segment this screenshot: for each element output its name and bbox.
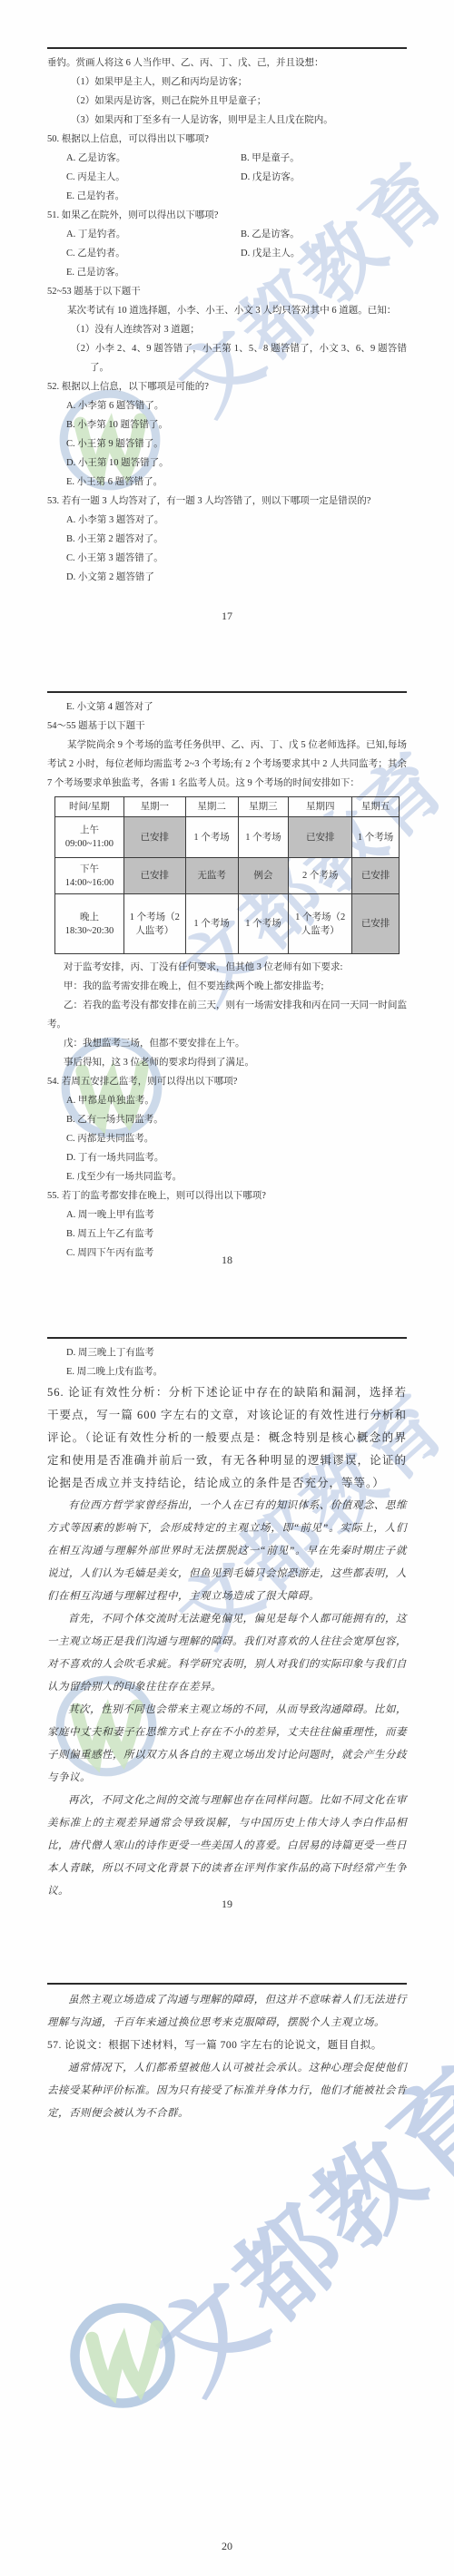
question-57-instructions: 57. 论说文：根据下述材料，写一篇 700 字左右的论说文，题目自拟。 [47,2034,407,2057]
option: E. 戊至少有一场共同监考。 [66,1167,407,1186]
stem-condition: （3）如果丙和丁至多有一人是访客，则甲是主人且戊在院内。 [47,111,407,130]
option: E. 小王第 6 题答错了。 [66,473,407,492]
option: B. 乙有一场共同监考。 [66,1110,407,1129]
table-header-cell: 星期五 [352,797,400,817]
argument-paragraph: 其次，性别不同也会带来主观立场的不同，从而导致沟通障碍。比如，家庭中丈夫和妻子在… [47,1699,407,1790]
question-50: 50. 根据以上信息，可以得出以下哪项? [47,130,407,149]
option: C. 小王第 3 题答错了。 [66,549,407,568]
essay-material: 通常情况下，人们都希望被他人认可被社会承认。这种心理会促使他们去接受某种评价标准… [47,2057,407,2125]
table-row: 上午 09:00~11:00 已安排 1 个考场 1 个考场 已安排 1 个考场 [55,817,400,858]
option: B. 小王第 2 题答对了。 [66,530,407,549]
option: B. 甲是童子。 [241,149,407,168]
question-51: 51. 如果乙在院外，则可以得出以下哪项? [47,206,407,225]
schedule-cell: 已安排 [352,894,400,954]
option: D. 周三晚上丁有监考 [66,1343,407,1362]
note-teacher-yi: 乙：若我的监考没有都安排在前三天，则有一场需安排我和丙在同一天同一时间监考。 [47,996,407,1034]
option: A. 乙是访客。 [66,149,241,168]
table-header-cell: 星期一 [123,797,185,817]
time-slot-cell: 上午 09:00~11:00 [55,817,124,858]
argument-paragraph: 有位西方哲学家曾经指出，一个人在已有的知识体系、价值观念、思维方式等因素的影响下… [47,1495,407,1608]
schedule-cell: 无监考 [185,858,238,894]
option: D. 丁有一场共同监考。 [66,1148,407,1167]
argument-paragraph: 再次，不同文化之间的交流与理解也存在同样问题。比如不同文化在审美标准上的主观差异… [47,1790,407,1903]
table-row: 晚上 18:30~20:30 1 个考场（2 人监考） 1 个考场 1 个考场 … [55,894,400,954]
stem-condition: （1）没有人连续答对 3 道题； [47,320,407,339]
schedule-cell: 1 个考场 [352,817,400,858]
schedule-cell: 1 个考场 [238,817,289,858]
schedule-cell: 已安排 [289,817,352,858]
option: E. 小文第 4 题答对了 [66,698,407,717]
option: E. 周二晚上戊有监考。 [66,1362,407,1381]
schedule-cell: 已安排 [123,817,185,858]
schedule-cell: 已安排 [123,858,185,894]
question-53-options: A. 小李第 3 题答对了。 B. 小王第 2 题答对了。 C. 小王第 3 题… [47,511,407,587]
schedule-cell: 例会 [238,858,289,894]
stem-condition: （2）小李 2、4、9 题答错了，小王第 1、5、8 题答错了，小文 3、6、9… [47,339,407,377]
schedule-cell: 1 个考场（2 人监考） [289,894,352,954]
table-header-cell: 时间/星期 [55,797,124,817]
argument-paragraph: 首先，不同个体交流时无法避免偏见，偏见是每个人都可能拥有的，这一主观立场正是我们… [47,1608,407,1699]
table-header-row: 时间/星期 星期一 星期二 星期三 星期四 星期五 [55,797,400,817]
page-number: 17 [0,610,454,622]
option: B. 小李第 10 题答错了。 [66,415,407,434]
option: C. 丙都是共同监考。 [66,1129,407,1148]
table-row: 下午 14:00~16:00 已安排 无监考 例会 2 个考场 已安排 [55,858,400,894]
schedule-cell: 1 个考场 [238,894,289,954]
stem-condition: （2）如果丙是访客，则己在院外且甲是童子； [47,92,407,111]
page-number: 18 [0,1254,454,1266]
table-header-cell: 星期二 [185,797,238,817]
schedule-cell: 1 个考场（2 人监考） [123,894,185,954]
exam-schedule-table: 时间/星期 星期一 星期二 星期三 星期四 星期五 上午 09:00~11:00… [54,796,400,954]
option: B. 周五上午乙有监考 [66,1225,407,1244]
option: E. 己是访客。 [66,263,241,282]
note-teacher-wu: 戊：我想监考三场，但都不要安排在上午。 [47,1034,407,1053]
group-52-53-stem: 某次考试有 10 道选择题，小李、小王、小文 3 人均只答对其中 6 道题。已知… [47,301,407,320]
option: A. 小李第 3 题答对了。 [66,511,407,530]
option: D. 小王第 10 题答错了。 [66,454,407,473]
group-54-55-header: 54～55 题基于以下题干 [47,717,407,736]
option: C. 小王第 9 题答错了。 [66,434,407,454]
note: 对于监考安排，丙、丁没有任何要求，但其他 3 位老师有如下要求: [47,958,407,977]
option: C. 乙是钓者。 [66,244,241,263]
option: C. 丙是主人。 [66,168,241,187]
note: 事后得知，这 3 位老师的要求均得到了满足。 [47,1053,407,1072]
question-55: 55. 若丁的监考都安排在晚上，则可以得出以下哪项? [47,1186,407,1205]
page-20: 虽然主观立场造成了沟通与理解的障碍，但这并不意味着人们无法进行理解与沟通，千百年… [47,1983,407,2125]
option: D. 小文第 2 题答错了 [66,568,407,587]
question-54-options: A. 甲都是单独监考。 B. 乙有一场共同监考。 C. 丙都是共同监考。 D. … [47,1091,407,1186]
exam-document: 文都教育 文都教育 文都教育 文都教育 垂钓。赏画人将这 6 人当作甲、乙、丙、… [0,0,454,2576]
schedule-cell: 2 个考场 [289,858,352,894]
page-19: D. 周三晚上丁有监考 E. 周二晚上戊有监考。 56. 论证有效性分析：分析下… [47,1337,407,1903]
option: A. 小李第 6 题答错了。 [66,396,407,415]
argument-paragraph: 虽然主观立场造成了沟通与理解的障碍，但这并不意味着人们无法进行理解与沟通，千百年… [47,1989,407,2034]
question-53: 53. 若有一题 3 人均答对了，有一题 3 人均答错了，则以下哪项一定是错误的… [47,492,407,511]
page-number: 20 [0,2540,454,2552]
table-header-cell: 星期三 [238,797,289,817]
schedule-cell: 1 个考场 [185,817,238,858]
question-53-option-e: E. 小文第 4 题答对了 [47,698,407,717]
group-54-55-stem: 某学院尚余 9 个考场的监考任务供甲、乙、丙、丁、戊 5 位老师选择。已知,每场… [47,736,407,793]
option: A. 丁是钓者。 [66,225,241,244]
group-52-53-header: 52~53 题基于以下题干 [47,282,407,301]
question-52: 52. 根据以上信息，以下哪项是可能的? [47,377,407,396]
option: A. 周一晚上甲有监考 [66,1205,407,1225]
question-51-options: A. 丁是钓者。 B. 乙是访客。 C. 乙是钓者。 D. 戊是主人。 E. 己… [47,225,407,282]
question-52-options: A. 小李第 6 题答错了。 B. 小李第 10 题答错了。 C. 小王第 9 … [47,396,407,492]
question-55-option-d: D. 周三晚上丁有监考 E. 周二晚上戊有监考。 [47,1343,407,1381]
schedule-cell: 1 个考场 [185,894,238,954]
time-slot-cell: 下午 14:00~16:00 [55,858,124,894]
table-header-cell: 星期四 [289,797,352,817]
schedule-cell: 已安排 [352,858,400,894]
page-number: 19 [0,1898,454,1910]
time-slot-cell: 晚上 18:30~20:30 [55,894,124,954]
page-17: 垂钓。赏画人将这 6 人当作甲、乙、丙、丁、戊、己，并且设想： （1）如果甲是主… [47,47,407,587]
carryover-paragraph: 垂钓。赏画人将这 6 人当作甲、乙、丙、丁、戊、己，并且设想： [47,54,407,73]
option: D. 戊是访客。 [241,168,407,187]
option: D. 戊是主人。 [241,244,407,263]
wendu-logo-icon [65,2298,180,2413]
note-teacher-jia: 甲：我的监考需安排在晚上，但不要连续两个晚上都安排监考; [47,977,407,996]
page-18: E. 小文第 4 题答对了 54～55 题基于以下题干 某学院尚余 9 个考场的… [47,691,407,1263]
option: E. 己是钓者。 [66,187,241,206]
option: A. 甲都是单独监考。 [66,1091,407,1110]
question-56-instructions: 56. 论证有效性分析：分析下述论证中存在的缺陷和漏洞，选择若干要点，写一篇 6… [47,1381,407,1495]
question-54: 54. 若周五安排乙监考，则可以得出以下哪项? [47,1072,407,1091]
option: B. 乙是访客。 [241,225,407,244]
stem-condition: （1）如果甲是主人，则乙和丙均是访客； [47,73,407,92]
question-50-options: A. 乙是访客。 B. 甲是童子。 C. 丙是主人。 D. 戊是访客。 E. 己… [47,149,407,206]
